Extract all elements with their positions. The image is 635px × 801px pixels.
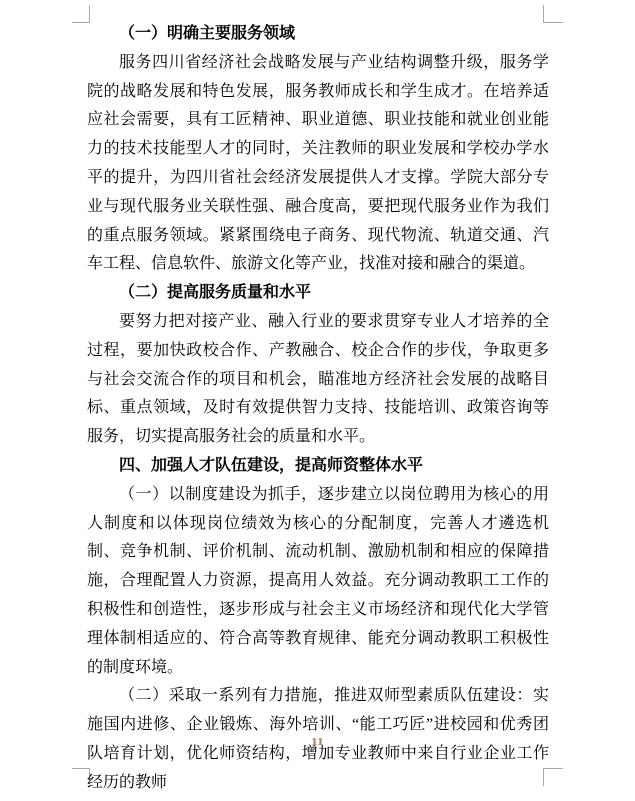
major-heading: 四、加强人才队伍建设，提高师资整体水平	[87, 452, 549, 481]
sub-heading: （二）提高服务质量和水平	[87, 279, 549, 308]
body-paragraph: 服务四川省经济社会战略发展与产业结构调整升级，服务学院的战略发展和特色发展，服务…	[87, 49, 549, 279]
body-paragraph: 要努力把对接产业、融入行业的要求贯穿专业人才培养的全过程，要加快政校合作、产教融…	[87, 308, 549, 452]
document-page: { "page": { "background": "#ffffff", "te…	[0, 0, 635, 801]
document-body: （一）明确主要服务领域服务四川省经济社会战略发展与产业结构调整升级，服务学院的战…	[87, 20, 549, 798]
page-number: 11	[0, 736, 635, 748]
body-paragraph: （一）以制度建设为抓手，逐步建立以岗位聘用为核心的用人制度和以体现岗位绩效为核心…	[87, 481, 549, 683]
sub-heading: （一）明确主要服务领域	[87, 20, 549, 49]
